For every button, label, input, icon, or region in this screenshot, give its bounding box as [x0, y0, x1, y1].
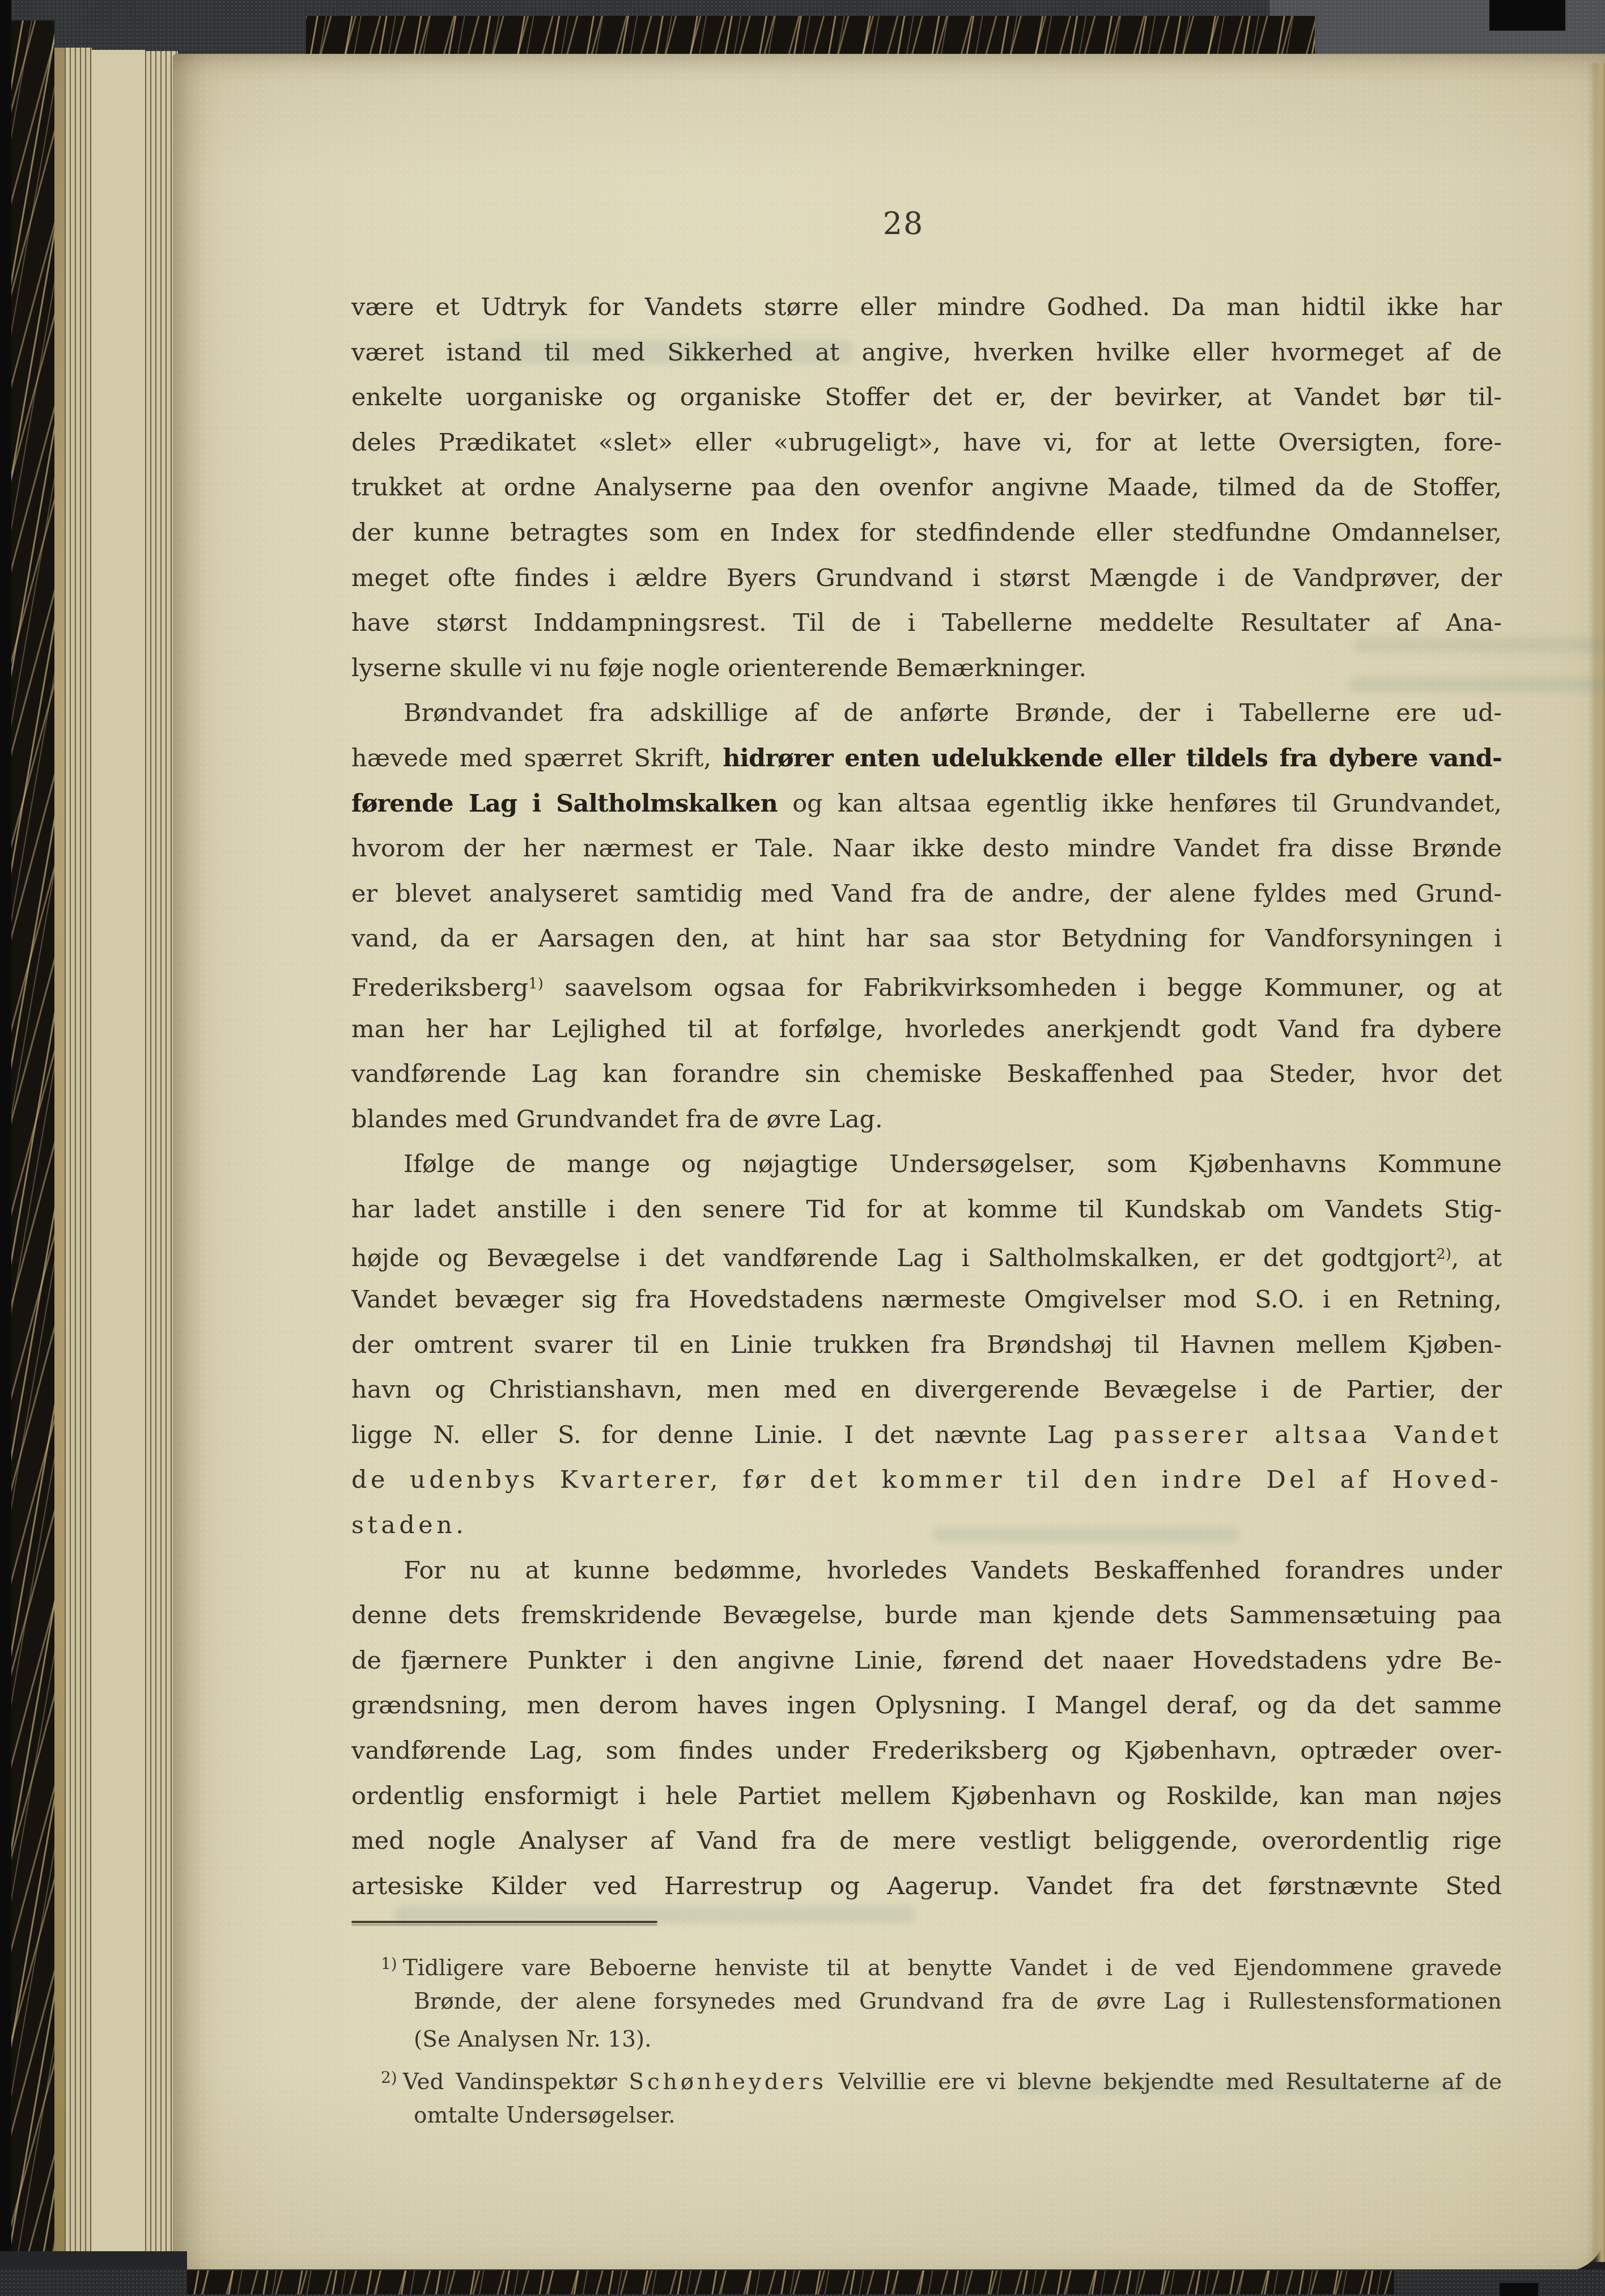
footnote-line: Brønde, der alene forsynedes med Grundva… — [351, 1983, 1502, 2021]
footnote-rule — [351, 1921, 657, 1923]
text-line: med nogle Analyser af Vand fra de mere v… — [351, 1819, 1502, 1864]
body-text: For nu at kunne bedømme, hvorledes Vande… — [404, 1556, 1502, 1585]
body-text: er blevet analyseret samtidig med Vand f… — [351, 880, 1502, 908]
body-text: blandes med Grundvandet fra de øvre Lag. — [351, 1105, 883, 1134]
body-text: har ladet anstille i den senere Tid for … — [351, 1195, 1502, 1224]
footnote-line: 1)Tidligere vare Beboerne henviste til a… — [351, 1945, 1502, 1983]
text-line: meget ofte findes i ældre Byers Grundvan… — [351, 556, 1502, 601]
body-text: Ifølge de mange og nøjagtige Undersøgels… — [404, 1150, 1502, 1178]
letterspaced-text: Schønheyders — [629, 2069, 827, 2095]
bold-text: førende Lag i Saltholmskalken — [351, 790, 778, 818]
footnote-marker: 1) — [381, 1954, 403, 1973]
text-line: grændsning, men derom haves ingen Oplysn… — [351, 1683, 1502, 1729]
binding-edge-strip — [54, 48, 65, 2267]
page-fore-edge — [1588, 63, 1605, 2262]
book-page: 28 være et Udtryk for Vandets større ell… — [173, 54, 1605, 2271]
body-text: , at — [1451, 1244, 1502, 1272]
body-text: være et Udtryk for Vandets større eller … — [351, 293, 1502, 321]
body-text: vandførende Lag, som findes under Freder… — [351, 1737, 1502, 1765]
footnote-line: 2)Ved Vandinspektør Schønheyders Velvill… — [351, 2059, 1502, 2096]
body-text: Velvillie ere vi blevne bekjendte med Re… — [827, 2069, 1502, 2095]
text-line: havn og Christianshavn, men med en diver… — [351, 1368, 1502, 1413]
text-line: hævede med spærret Skrift, hidrører ente… — [351, 736, 1502, 782]
footnote-line: omtalte Undersøgelser. — [351, 2096, 1502, 2134]
page-stack-edges-inner — [65, 48, 92, 2265]
text-line: deles Prædikatet «slet» eller «ubrugelig… — [351, 421, 1502, 466]
body-text: enkelte uorganiske og organiske Stoffer … — [351, 383, 1502, 411]
body-text: hvorom der her nærmest er Tale. Naar ikk… — [351, 834, 1502, 863]
marbled-paper-left-edge — [11, 20, 54, 2283]
text-line: vandførende Lag, som findes under Freder… — [351, 1729, 1502, 1774]
body-text: der omtrent svarer til en Linie trukken … — [351, 1331, 1502, 1359]
text-line: der omtrent svarer til en Linie trukken … — [351, 1323, 1502, 1368]
text-line: Brøndvandet fra adskillige af de anførte… — [351, 691, 1502, 736]
body-text: været istand til med Sikkerhed at angive… — [351, 338, 1502, 367]
body-text: vand, da er Aarsagen den, at hint har sa… — [351, 924, 1502, 953]
text-line: er blevet analyseret samtidig med Vand f… — [351, 872, 1502, 917]
footnote-marker: 2) — [381, 2068, 403, 2087]
body-text: Vandet bevæger sig fra Hovedstadens nærm… — [351, 1285, 1502, 1314]
body-text: Frederiksberg — [351, 974, 528, 1002]
text-line: hvorom der her nærmest er Tale. Naar ikk… — [351, 826, 1502, 872]
text-line: de udenbys Kvarterer, før det kommer til… — [351, 1458, 1502, 1503]
text-line: lyserne skulle vi nu føje nogle orienter… — [351, 646, 1502, 691]
body-text: meget ofte findes i ældre Byers Grundvan… — [351, 564, 1502, 592]
text-line: man her har Lejlighed til at forfølge, h… — [351, 1007, 1502, 1052]
body-text: vandførende Lag kan forandre sin chemisk… — [351, 1060, 1502, 1088]
text-line: Frederiksberg1) saavelsom ogsaa for Fabr… — [351, 962, 1502, 1007]
body-text: hævede med spærret Skrift, — [351, 744, 723, 773]
marbled-paper-top-edge — [306, 16, 1315, 58]
footnote-marker-ref: 2) — [1436, 1246, 1451, 1263]
letterspaced-text: staden. — [351, 1511, 467, 1539]
text-line: have størst Inddampningsrest. Til de i T… — [351, 601, 1502, 646]
body-text: (Se Analysen Nr. 13). — [414, 2027, 652, 2052]
footnotes-block: 1)Tidligere vare Beboerne henviste til a… — [351, 1945, 1502, 2134]
text-line: denne dets fremskridende Bevægelse, burd… — [351, 1593, 1502, 1639]
body-text: ordentlig ensformigt i hele Partiet mell… — [351, 1782, 1502, 1810]
body-text: artesiske Kilder ved Harrestrup og Aager… — [351, 1872, 1502, 1900]
cover-gap-top-right — [1489, 0, 1565, 31]
body-text: Ved Vandinspektør — [403, 2069, 629, 2095]
body-text: der kunne betragtes som en Index for ste… — [351, 519, 1502, 547]
text-line: været istand til med Sikkerhed at angive… — [351, 330, 1502, 376]
letterspaced-text: de udenbys Kvarterer, før det kommer til… — [351, 1466, 1502, 1494]
text-line: vand, da er Aarsagen den, at hint har sa… — [351, 916, 1502, 962]
body-text: med nogle Analyser af Vand fra de mere v… — [351, 1827, 1502, 1855]
body-text: deles Prædikatet «slet» eller «ubrugelig… — [351, 428, 1502, 457]
marbled-paper-bottom-edge — [187, 2270, 1394, 2294]
book-spine-hinge — [0, 0, 11, 2296]
page-stack-surface — [92, 50, 145, 2264]
body-text: ligge N. eller S. for denne Linie. I det… — [351, 1421, 1114, 1449]
footnote-marker-ref: 1) — [528, 975, 543, 992]
body-text: trukket at ordne Analyserne paa den oven… — [351, 473, 1502, 502]
text-line: artesiske Kilder ved Harrestrup og Aager… — [351, 1864, 1502, 1909]
body-text: have størst Inddampningsrest. Til de i T… — [351, 609, 1502, 637]
text-line: ordentlig ensformigt i hele Partiet mell… — [351, 1774, 1502, 1819]
text-line: Ifølge de mange og nøjagtige Undersøgels… — [351, 1142, 1502, 1187]
cover-gap-bottom-right — [1500, 2283, 1538, 2296]
text-line: være et Udtryk for Vandets større eller … — [351, 285, 1502, 330]
body-text: Tidligere vare Beboerne henviste til at … — [403, 1955, 1502, 1981]
body-text: saavelsom ogsaa for Fabrikvirksomheden i… — [544, 974, 1502, 1002]
book-scan: { "page": { "number": "28", "body_lines"… — [0, 0, 1605, 2296]
body-text: man her har Lejlighed til at forfølge, h… — [351, 1015, 1502, 1043]
body-text: havn og Christianshavn, men med en diver… — [351, 1376, 1502, 1404]
body-text: de fjærnere Punkter i den angivne Linie,… — [351, 1646, 1502, 1675]
body-text: lyserne skulle vi nu føje nogle orienter… — [351, 654, 1086, 682]
text-line: staden. — [351, 1503, 1502, 1548]
text-line: højde og Bevægelse i det vandførende Lag… — [351, 1232, 1502, 1278]
letterspaced-text: passerer altsaa Vandet — [1114, 1421, 1502, 1449]
text-line: Vandet bevæger sig fra Hovedstadens nærm… — [351, 1278, 1502, 1323]
text-line: vandførende Lag kan forandre sin chemisk… — [351, 1052, 1502, 1097]
body-text: Brøndvandet fra adskillige af de anførte… — [404, 699, 1502, 727]
text-line: For nu at kunne bedømme, hvorledes Vande… — [351, 1548, 1502, 1594]
text-line: blandes med Grundvandet fra de øvre Lag. — [351, 1097, 1502, 1143]
text-block: være et Udtryk for Vandets større eller … — [351, 285, 1502, 1909]
body-text: og kan altsaa egentlig ikke henføres til… — [778, 790, 1502, 818]
text-line: har ladet anstille i den senere Tid for … — [351, 1187, 1502, 1233]
body-text: grændsning, men derom haves ingen Oplysn… — [351, 1691, 1502, 1720]
page-number: 28 — [818, 206, 988, 257]
bold-text: hidrører enten udelukkende eller tildels… — [723, 744, 1502, 773]
text-line: ligge N. eller S. for denne Linie. I det… — [351, 1413, 1502, 1458]
text-line: trukket at ordne Analyserne paa den oven… — [351, 465, 1502, 511]
text-line: de fjærnere Punkter i den angivne Linie,… — [351, 1639, 1502, 1684]
text-line: førende Lag i Saltholmskalken og kan alt… — [351, 782, 1502, 827]
body-text: Brønde, der alene forsynedes med Grundva… — [414, 1989, 1502, 2014]
text-line: der kunne betragtes som en Index for ste… — [351, 511, 1502, 556]
body-text: omtalte Undersøgelser. — [414, 2103, 676, 2128]
footnote-line: (Se Analysen Nr. 13). — [351, 2021, 1502, 2059]
body-text: højde og Bevægelse i det vandførende Lag… — [351, 1244, 1436, 1272]
text-line: enkelte uorganiske og organiske Stoffer … — [351, 375, 1502, 421]
body-text: denne dets fremskridende Bevægelse, burd… — [351, 1601, 1502, 1629]
